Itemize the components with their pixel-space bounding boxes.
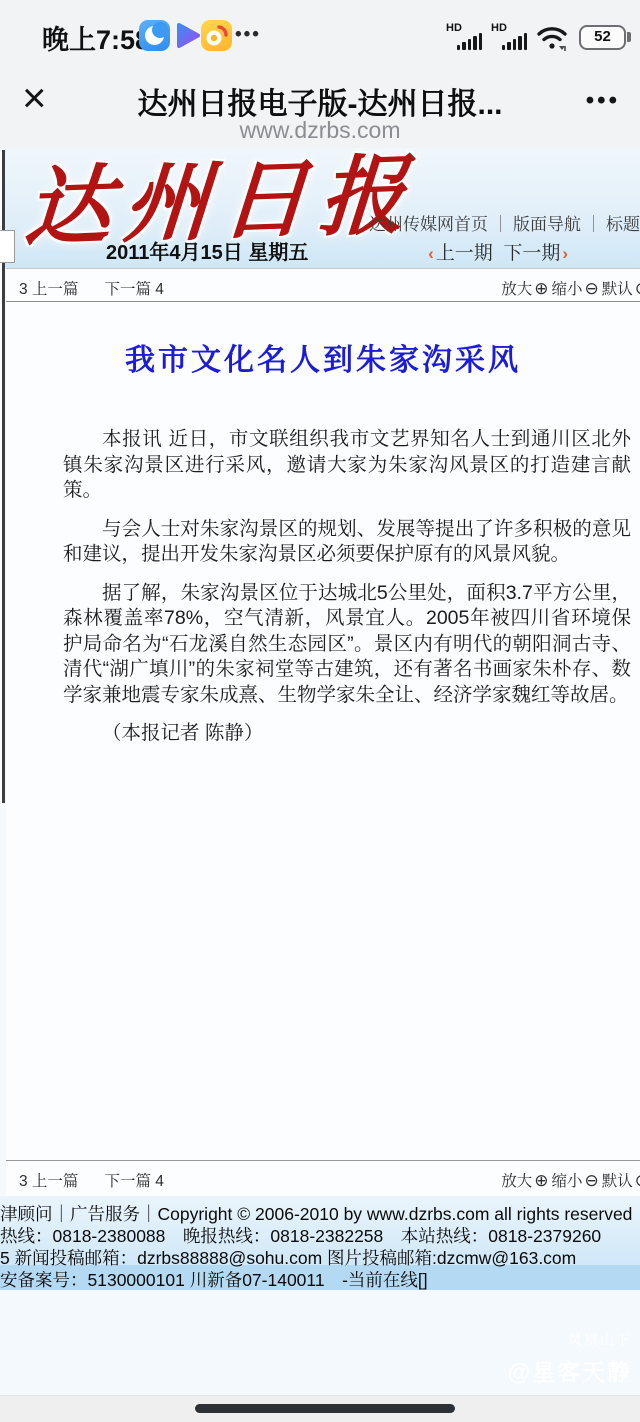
site-footer: 津顾问｜广告服务｜Copyright © 2006-2010 by www.dz… <box>0 1196 640 1290</box>
next-article-link[interactable]: 下一篇 4 <box>104 1173 163 1190</box>
footer-icp: 安备案号：5130000101 川新备07-140011 -当前在线[] <box>0 1267 428 1292</box>
article-title: 我市文化名人到朱家沟采风 <box>6 335 640 379</box>
home-indicator[interactable] <box>195 1404 455 1413</box>
prev-article-link[interactable]: 3 上一篇 <box>19 1173 78 1190</box>
status-bar: 晚上7:58 ••• HD <box>0 0 640 75</box>
zoom-in-icon[interactable]: ⊕ <box>534 279 548 298</box>
article-body: 本报讯 近日，市文联组织我市文艺界知名人士到通川区北外镇朱家沟景区进行采风，邀请… <box>63 427 631 760</box>
zoom-in-button[interactable]: 放大 <box>501 281 532 298</box>
article-paragraph: 与会人士对朱家沟景区的规划、发展等提出了许多积极的意见和建议，提出开发朱家沟景区… <box>63 517 631 568</box>
more-notifications-icon: ••• <box>235 24 261 46</box>
battery-icon: 52 <box>579 25 626 50</box>
video-play-app-icon <box>172 20 203 51</box>
watermark: 凤凰山下 @星客天静 <box>508 1330 632 1387</box>
browser-menu-icon[interactable]: ••• <box>586 87 620 115</box>
link-page-nav[interactable]: 版面导航 <box>513 215 581 234</box>
prev-issue-link[interactable]: 上一期 <box>436 243 493 264</box>
article-nav-bottom: 3 上一篇下一篇 4 放大⊕缩小⊖默认⊙ <box>6 1160 640 1193</box>
article-byline: （本报记者 陈静） <box>63 721 631 747</box>
link-home[interactable]: 达州传媒网首页 <box>369 215 488 234</box>
article-paragraph: 据了解，朱家沟景区位于达城北5公里处，面积3.7平方公里，森林覆盖率78%，空气… <box>63 581 631 709</box>
article-panel: 3 上一篇下一篇 4 放大⊕缩小⊖默认⊙ 我市文化名人到朱家沟采风 本报讯 近日… <box>6 268 640 1196</box>
default-zoom-icon[interactable]: ⊙ <box>635 1171 640 1190</box>
default-zoom-button[interactable]: 默认 <box>602 281 633 298</box>
zoom-out-button[interactable]: 缩小 <box>551 281 582 298</box>
moon-glyph <box>145 26 164 45</box>
issue-nav: ‹上一期 下一期› <box>426 238 570 265</box>
chevron-left-icon: ‹ <box>428 244 434 263</box>
chevron-right-icon: › <box>562 244 568 263</box>
zoom-out-button[interactable]: 缩小 <box>551 1173 582 1190</box>
browser-url: www.dzrbs.com <box>0 117 640 144</box>
clock: 晚上7:58 <box>42 18 150 57</box>
masthead-links: 达州传媒网首页｜版面导航｜标题 <box>369 210 640 235</box>
zoom-out-icon[interactable]: ⊖ <box>584 279 598 298</box>
link-title-nav[interactable]: 标题 <box>606 215 640 234</box>
watermark-line1: 凤凰山下 <box>508 1330 632 1350</box>
next-issue-link[interactable]: 下一期 <box>503 243 560 264</box>
default-zoom-icon[interactable]: ⊙ <box>635 279 640 298</box>
close-icon[interactable]: × <box>22 77 47 119</box>
messenger-app-icon <box>139 20 170 51</box>
zoom-in-icon[interactable]: ⊕ <box>534 1171 548 1190</box>
signal-sim2-icon: HD <box>491 22 527 52</box>
page-edge-box <box>0 230 15 263</box>
wifi-icon <box>536 24 570 52</box>
battery-percent: 52 <box>581 28 624 45</box>
watermark-line2: @星客天静 <box>508 1354 632 1387</box>
prev-article-link[interactable]: 3 上一篇 <box>19 281 78 298</box>
default-zoom-button[interactable]: 默认 <box>602 1173 633 1190</box>
zoom-out-icon[interactable]: ⊖ <box>584 1171 598 1190</box>
browser-header: × 达州日报电子版-达州日报... ••• www.dzrbs.com <box>0 75 640 148</box>
gesture-bar <box>0 1395 640 1422</box>
page-tail: 凤凰山下 @星客天静 <box>0 1290 640 1395</box>
article-paragraph: 本报讯 近日，市文联组织我市文艺界知名人士到通川区北外镇朱家沟景区进行采风，邀请… <box>63 427 631 504</box>
webpage: 达州日报 2011年4月15日 星期五 达州传媒网首页｜版面导航｜标题 ‹上一期… <box>0 148 640 1422</box>
phone-screen: 晚上7:58 ••• HD <box>0 0 640 1422</box>
next-article-link[interactable]: 下一篇 4 <box>104 281 163 298</box>
masthead: 达州日报 2011年4月15日 星期五 达州传媒网首页｜版面导航｜标题 ‹上一期… <box>0 148 640 268</box>
weibo-eye-app-icon <box>201 20 232 51</box>
article-nav-top: 3 上一篇下一篇 4 放大⊕缩小⊖默认⊙ <box>6 269 640 302</box>
signal-sim1-icon: HD <box>446 22 482 52</box>
zoom-in-button[interactable]: 放大 <box>501 1173 532 1190</box>
issue-date: 2011年4月15日 星期五 <box>106 236 308 265</box>
